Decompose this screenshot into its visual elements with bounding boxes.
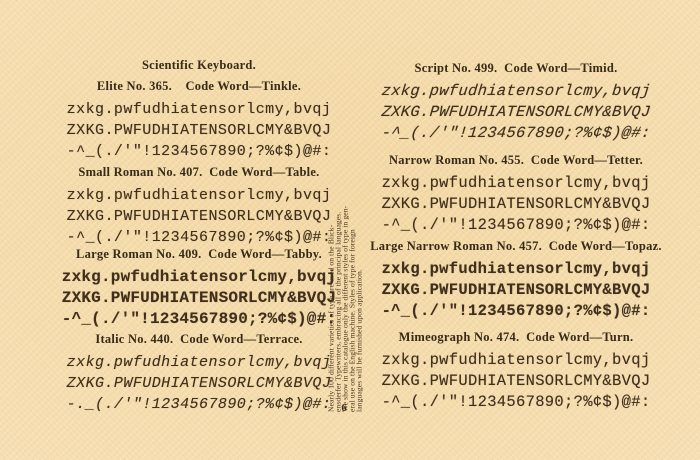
type-specimen: zxkg.pwfudhiatensorlcmy,bvqj ZXKG.PWFUDH… (366, 259, 666, 322)
specimen-line-symbols: -^_(./'"!1234567890;?%¢$)@#: (365, 123, 667, 144)
specimen-heading: Large Narrow Roman No. 457. Code Word—To… (366, 239, 666, 254)
vertical-note: Nearly 100 different varieties of type a… (327, 136, 362, 412)
catalog-page: Scientific Keyboard. Elite No. 365. Code… (0, 0, 700, 460)
section-elite-365: Elite No. 365. Code Word—Tinkle. zxkg.pw… (46, 79, 352, 162)
specimen-line-uppercase: ZXKG.PWFUDHIATENSORLCMY&BVQJ (366, 194, 666, 215)
specimen-line-lowercase: zxkg.pwfudhiatensorlcmy,bvqj (46, 352, 352, 373)
type-specimen: zxkg.pwfudhiatensorlcmy,bvqj ZXKG.PWFUDH… (366, 350, 666, 413)
section-italic-440: Italic No. 440. Code Word—Terrace. zxkg.… (46, 332, 352, 415)
specimen-line-uppercase: ZXKG.PWFUDHIATENSORLCMY&BVQJ (366, 371, 666, 392)
specimen-line-lowercase: zxkg.pwfudhiatensorlcmy,bvqj (46, 185, 352, 206)
specimen-line-uppercase: ZXKG.PWFUDHIATENSORLCMY&BVQJ (46, 288, 352, 309)
keyboard-title: Scientific Keyboard. (46, 58, 352, 73)
section-large-narrow-roman-457: Large Narrow Roman No. 457. Code Word—To… (366, 239, 666, 322)
section-narrow-roman-455: Narrow Roman No. 455. Code Word—Tetter. … (366, 153, 666, 236)
type-specimen: zxkg.pwfudhiatensorlcmy,bvqj ZXKG.PWFUDH… (366, 81, 666, 144)
keyboard-title-block: Scientific Keyboard. (46, 58, 352, 73)
specimen-line-lowercase: zxkg.pwfudhiatensorlcmy,bvqj (366, 350, 666, 371)
specimen-heading: Narrow Roman No. 455. Code Word—Tetter. (366, 153, 666, 168)
specimen-heading: Small Roman No. 407. Code Word—Table. (46, 165, 352, 180)
specimen-line-symbols: -^_(./'"!1234567890;?%¢$)@#: (366, 301, 666, 322)
section-large-roman-409: Large Roman No. 409. Code Word—Tabby. zx… (46, 247, 352, 330)
specimen-line-symbols: -^_(./'"!1234567890;?%¢$)@#: (46, 309, 352, 330)
specimen-heading: Script No. 499. Code Word—Timid. (366, 61, 666, 76)
specimen-heading: Large Roman No. 409. Code Word—Tabby. (46, 247, 352, 262)
type-specimen: zxkg.pwfudhiatensorlcmy,bvqj ZXKG.PWFUDH… (366, 173, 666, 236)
specimen-line-lowercase: zxkg.pwfudhiatensorlcmy,bvqj (366, 173, 666, 194)
specimen-line-uppercase: ZXKG.PWFUDHIATENSORLCMY&BVQJ (366, 280, 666, 301)
specimen-heading: Mimeograph No. 474. Code Word—Turn. (366, 330, 666, 345)
page-number: 6 (337, 403, 351, 414)
specimen-line-lowercase: zxkg.pwfudhiatensorlcmy,bvqj (46, 267, 352, 288)
vertical-note-line: languages will be furnished upon applica… (356, 136, 363, 412)
specimen-line-symbols: -^_(./'"!1234567890;?%¢$)@#: (46, 141, 352, 162)
specimen-line-uppercase: ZXKG.PWFUDHIATENSORLCMY&BVQJ (46, 206, 352, 227)
type-specimen: zxkg.pwfudhiatensorlcmy,bvqj ZXKG.PWFUDH… (46, 267, 352, 330)
specimen-line-symbols: -^_(./'"!1234567890;?%¢$)@#: (366, 392, 666, 413)
section-script-499: Script No. 499. Code Word—Timid. zxkg.pw… (366, 61, 666, 144)
specimen-line-symbols: -._(./'"!1234567890;?%¢$)@#: (46, 394, 352, 415)
specimen-line-uppercase: ZXKG.PWFUDHIATENSORLCMY&BVQJ (46, 120, 352, 141)
specimen-heading: Italic No. 440. Code Word—Terrace. (46, 332, 352, 347)
section-mimeograph-474: Mimeograph No. 474. Code Word—Turn. zxkg… (366, 330, 666, 413)
type-specimen: zxkg.pwfudhiatensorlcmy,bvqj ZXKG.PWFUDH… (46, 352, 352, 415)
specimen-heading: Elite No. 365. Code Word—Tinkle. (46, 79, 352, 94)
specimen-line-lowercase: zxkg.pwfudhiatensorlcmy,bvqj (366, 259, 666, 280)
section-small-roman-407: Small Roman No. 407. Code Word—Table. zx… (46, 165, 352, 248)
type-specimen: zxkg.pwfudhiatensorlcmy,bvqj ZXKG.PWFUDH… (46, 185, 352, 248)
specimen-line-symbols: -^_(./'"!1234567890;?%¢$)@#: (46, 227, 352, 248)
specimen-line-lowercase: zxkg.pwfudhiatensorlcmy,bvqj (365, 81, 667, 102)
specimen-line-uppercase: ZXKG.PWFUDHIATENSORLCMY&BVQJ (46, 373, 352, 394)
type-specimen: zxkg.pwfudhiatensorlcmy,bvqj ZXKG.PWFUDH… (46, 99, 352, 162)
specimen-line-symbols: -^_(./'"!1234567890;?%¢$)@#: (366, 215, 666, 236)
specimen-line-uppercase: ZXKG.PWFUDHIATENSORLCMY&BVQJ (365, 102, 667, 123)
specimen-line-lowercase: zxkg.pwfudhiatensorlcmy,bvqj (46, 99, 352, 120)
